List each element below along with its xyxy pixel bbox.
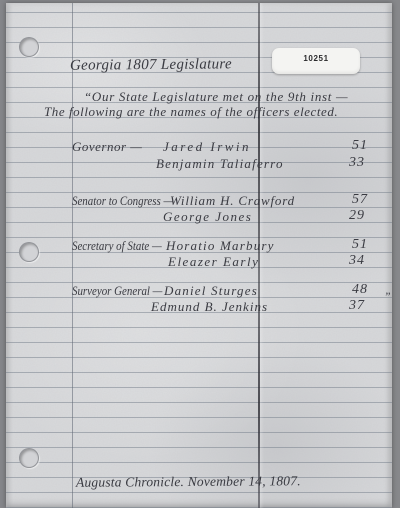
vote-count: 29 bbox=[349, 208, 365, 224]
office-label: Surveyor General — bbox=[72, 283, 162, 299]
vote-count: 57 bbox=[352, 192, 368, 208]
candidate-name: Eleazer Early bbox=[168, 254, 259, 270]
punch-hole-bottom bbox=[19, 448, 39, 468]
page-title: Georgia 1807 Legislature bbox=[70, 56, 232, 74]
lined-notebook-paper: 10251 Georgia 1807 Legislature “Our Stat… bbox=[6, 3, 392, 508]
vote-count: 51 bbox=[352, 138, 368, 154]
source-citation: Augusta Chronicle. November 14, 1807. bbox=[76, 473, 301, 491]
office-label: Senator to Congress — bbox=[72, 193, 173, 209]
candidate-name: George Jones bbox=[163, 209, 252, 225]
office-label: Secretary of State — bbox=[72, 238, 162, 254]
vote-count: 34 bbox=[349, 253, 365, 269]
vote-count: 33 bbox=[349, 155, 365, 171]
office-label: Governor — bbox=[72, 139, 142, 155]
scanned-document-page: 10251 Georgia 1807 Legislature “Our Stat… bbox=[0, 0, 400, 508]
candidate-name: Jared Irwin bbox=[163, 139, 251, 155]
punch-hole-middle bbox=[19, 242, 39, 262]
candidate-name: William H. Crawford bbox=[170, 193, 295, 209]
candidate-name: Edmund B. Jenkins bbox=[151, 299, 268, 315]
vote-count: 51 bbox=[352, 237, 368, 253]
vote-count: 37 bbox=[349, 298, 365, 314]
candidate-name: Horatio Marbury bbox=[166, 238, 275, 254]
intro-line-2: The following are the names of the offic… bbox=[44, 104, 338, 120]
candidate-name: Daniel Sturges bbox=[164, 283, 258, 299]
candidate-name: Benjamin Taliaferro bbox=[156, 156, 284, 172]
catalog-number: 10251 bbox=[303, 54, 328, 63]
intro-line-1: “Our State Legislature met on the 9th in… bbox=[84, 89, 348, 105]
left-margin-line bbox=[72, 3, 73, 508]
closing-quote-mark: ” bbox=[384, 289, 391, 304]
catalog-number-sticker: 10251 bbox=[272, 48, 360, 74]
vote-count: 48 bbox=[352, 282, 368, 298]
punch-hole-top bbox=[19, 37, 39, 57]
